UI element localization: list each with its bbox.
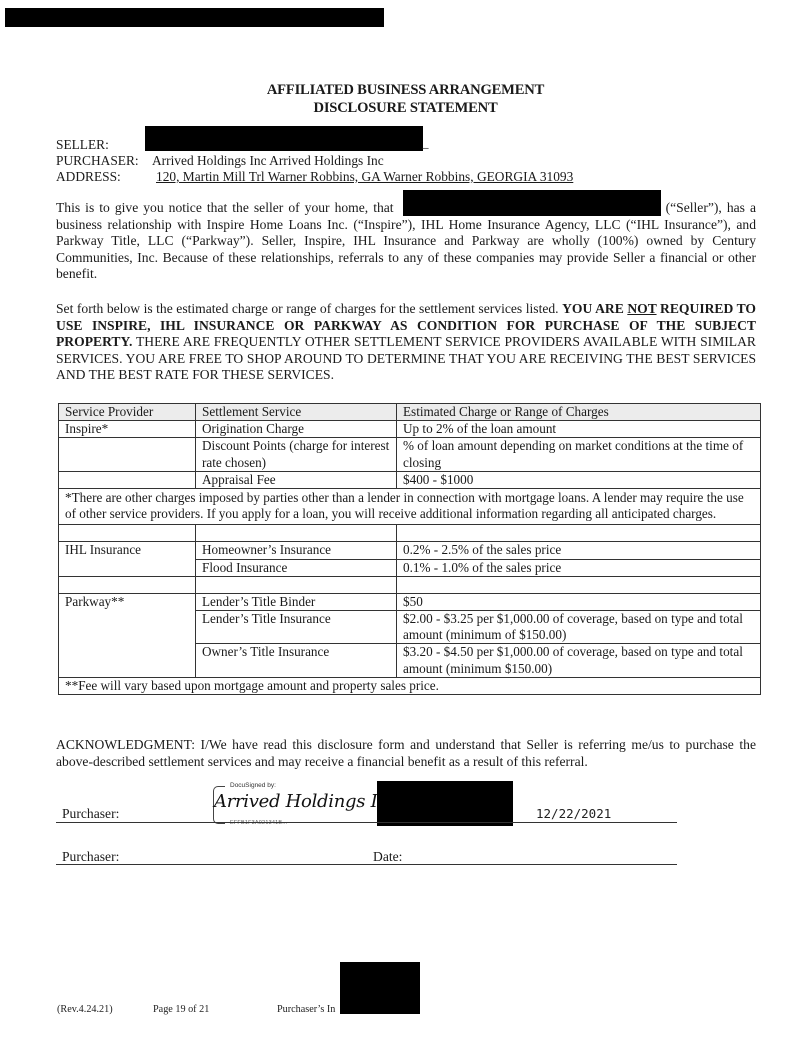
table-note-row: *There are other charges imposed by part… bbox=[59, 489, 761, 525]
purchaser1-signature[interactable]: Arrived Holdings Inc, bbox=[214, 791, 404, 812]
charge-cell: % of loan amount depending on market con… bbox=[397, 438, 761, 471]
table-row: IHL Insurance Homeowner’s Insurance 0.2%… bbox=[59, 542, 761, 559]
charge-cell: $3.20 - $4.50 per $1,000.00 of coverage,… bbox=[397, 644, 761, 677]
footer-page-number: Page 19 of 21 bbox=[153, 1004, 209, 1015]
charges-intro-normal1: Set forth below is the estimated charge … bbox=[56, 301, 562, 316]
charge-cell: $50 bbox=[397, 593, 761, 610]
footer-initials-label: Purchaser’s In bbox=[277, 1004, 335, 1015]
document-title-line1: AFFILIATED BUSINESS ARRANGEMENT bbox=[0, 82, 811, 99]
seller-underscore: _ bbox=[422, 135, 429, 151]
docusign-header: DocuSigned by: bbox=[230, 782, 276, 789]
initials-redaction bbox=[340, 962, 420, 1014]
provider-empty bbox=[59, 644, 196, 677]
seller-label: SELLER: bbox=[56, 137, 152, 153]
address-row: ADDRESS:120, Martin Mill Trl Warner Robb… bbox=[56, 169, 573, 185]
table-row: Discount Points (charge for interest rat… bbox=[59, 438, 761, 471]
table-row: Parkway** Lender’s Title Binder $50 bbox=[59, 593, 761, 610]
notice-seller-redaction bbox=[403, 190, 661, 216]
table-row: Appraisal Fee $400 - $1000 bbox=[59, 471, 761, 488]
charge-cell: $400 - $1000 bbox=[397, 471, 761, 488]
notice-text-part1: This is to give you notice that the sell… bbox=[56, 200, 399, 215]
docusign-envelope-id: EFFB1F3A021341B... bbox=[230, 820, 287, 826]
provider-empty bbox=[59, 471, 196, 488]
seller-row: SELLER: bbox=[56, 137, 152, 153]
spacer-cell bbox=[59, 525, 196, 542]
service-cell: Appraisal Fee bbox=[196, 471, 397, 488]
table-header-row: Service Provider Settlement Service Esti… bbox=[59, 404, 761, 421]
spacer-cell bbox=[196, 576, 397, 593]
charge-cell: 0.1% - 1.0% of the sales price bbox=[397, 559, 761, 576]
spacer-cell bbox=[59, 576, 196, 593]
charge-cell: $2.00 - $3.25 per $1,000.00 of coverage,… bbox=[397, 611, 761, 644]
purchaser1-signature-line bbox=[56, 822, 677, 823]
table-row: Flood Insurance 0.1% - 1.0% of the sales… bbox=[59, 559, 761, 576]
charge-cell: Up to 2% of the loan amount bbox=[397, 421, 761, 438]
provider-empty bbox=[59, 559, 196, 576]
table-spacer-row bbox=[59, 576, 761, 593]
provider-inspire: Inspire* bbox=[59, 421, 196, 438]
table-spacer-row bbox=[59, 525, 761, 542]
address-value: 120, Martin Mill Trl Warner Robbins, GA … bbox=[156, 169, 573, 184]
acknowledgment-paragraph: ACKNOWLEDGMENT: I/We have read this disc… bbox=[56, 736, 756, 770]
charge-cell: 0.2% - 2.5% of the sales price bbox=[397, 542, 761, 559]
parkway-footnote: **Fee will vary based upon mortgage amou… bbox=[59, 677, 761, 694]
purchaser2-date-label: Date: bbox=[373, 849, 402, 865]
purchaser-label: PURCHASER: bbox=[56, 153, 152, 169]
provider-empty bbox=[59, 438, 196, 471]
charges-intro-normal2: THERE ARE FREQUENTLY OTHER SETTLEMENT SE… bbox=[56, 334, 756, 382]
footer-revision: (Rev.4.24.21) bbox=[57, 1004, 113, 1015]
charges-intro-bold1: YOU ARE bbox=[562, 301, 627, 316]
purchaser1-label: Purchaser: bbox=[62, 806, 119, 822]
table-row: Inspire* Origination Charge Up to 2% of … bbox=[59, 421, 761, 438]
service-cell: Discount Points (charge for interest rat… bbox=[196, 438, 397, 471]
service-cell: Owner’s Title Insurance bbox=[196, 644, 397, 677]
provider-ihl: IHL Insurance bbox=[59, 542, 196, 559]
table-row: Lender’s Title Insurance $2.00 - $3.25 p… bbox=[59, 611, 761, 644]
purchaser2-signature-line bbox=[56, 864, 677, 865]
spacer-cell bbox=[397, 525, 761, 542]
services-table: Service Provider Settlement Service Esti… bbox=[58, 403, 761, 695]
service-cell: Origination Charge bbox=[196, 421, 397, 438]
service-cell: Homeowner’s Insurance bbox=[196, 542, 397, 559]
header-estimated-charge: Estimated Charge or Range of Charges bbox=[397, 404, 761, 421]
signature-name-redaction bbox=[377, 781, 513, 826]
service-cell: Lender’s Title Binder bbox=[196, 593, 397, 610]
document-title-line2: DISCLOSURE STATEMENT bbox=[0, 100, 811, 117]
address-label: ADDRESS: bbox=[56, 169, 152, 185]
inspire-footnote: *There are other charges imposed by part… bbox=[59, 489, 761, 525]
seller-name-redaction bbox=[145, 126, 423, 151]
purchaser1-date: 12/22/2021 bbox=[536, 806, 611, 821]
provider-empty bbox=[59, 611, 196, 644]
header-redaction bbox=[5, 8, 384, 27]
charges-intro-paragraph: Set forth below is the estimated charge … bbox=[56, 301, 756, 384]
table-row: Owner’s Title Insurance $3.20 - $4.50 pe… bbox=[59, 644, 761, 677]
charges-intro-not: NOT bbox=[627, 301, 656, 316]
spacer-cell bbox=[397, 576, 761, 593]
service-cell: Lender’s Title Insurance bbox=[196, 611, 397, 644]
provider-parkway: Parkway** bbox=[59, 593, 196, 610]
table-note-row: **Fee will vary based upon mortgage amou… bbox=[59, 677, 761, 694]
service-cell: Flood Insurance bbox=[196, 559, 397, 576]
spacer-cell bbox=[196, 525, 397, 542]
header-settlement-service: Settlement Service bbox=[196, 404, 397, 421]
purchaser2-label: Purchaser: bbox=[62, 849, 119, 865]
purchaser-value: Arrived Holdings Inc Arrived Holdings In… bbox=[152, 153, 384, 168]
header-service-provider: Service Provider bbox=[59, 404, 196, 421]
purchaser-row: PURCHASER:Arrived Holdings Inc Arrived H… bbox=[56, 153, 384, 169]
